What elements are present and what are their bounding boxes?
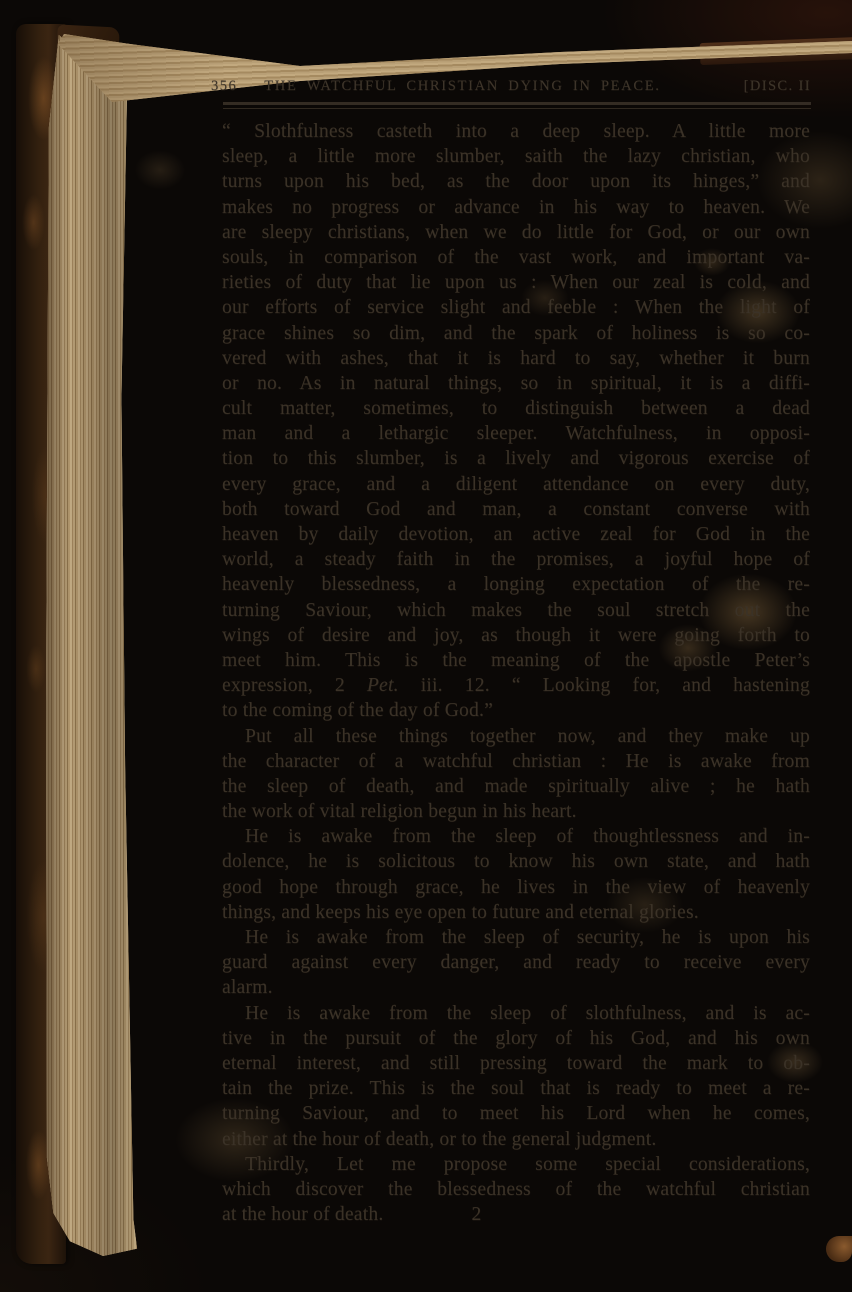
text-line: at the hour of death.2	[222, 1202, 810, 1227]
text-line: to the coming of the day of God.”	[222, 698, 810, 723]
text-segment: iii. 12. “ Looking for, and hastening	[399, 675, 810, 696]
text-line: man and a lethargic sleeper. Watchfulnes…	[222, 421, 810, 446]
body-text: “ Slothfulness casteth into a deep sleep…	[222, 119, 810, 1227]
text-line: guard against every danger, and ready to…	[222, 950, 810, 975]
photo-background: 356 THE WATCHFUL CHRISTIAN DYING IN PEAC…	[0, 0, 852, 1292]
text-line: Put all these things together now, and t…	[222, 724, 810, 749]
text-line: our efforts of service slight and feeble…	[222, 295, 810, 320]
text-line: either at the hour of death, or to the g…	[222, 1127, 810, 1152]
text-line: He is awake from the sleep of security, …	[222, 925, 810, 950]
text-line: are sleepy christians, when we do little…	[222, 220, 810, 245]
text-line: He is awake from the sleep of slothfulne…	[222, 1001, 810, 1026]
text-line: tion to this slumber, is a lively and vi…	[222, 446, 810, 471]
section-label: [DISC. II	[744, 76, 811, 96]
signature-mark: 2	[471, 1204, 481, 1225]
text-line: world, a steady faith in the promises, a…	[222, 547, 810, 572]
text-line: eternal interest, and still pressing tow…	[222, 1051, 810, 1076]
text-line: things, and keeps his eye open to future…	[222, 900, 810, 925]
text-line: every grace, and a diligent attendance o…	[222, 472, 810, 497]
text-line: Thirdly, Let me propose some special con…	[222, 1152, 810, 1177]
text-line: turns upon his bed, as the door upon its…	[222, 169, 810, 194]
text-line: turning Saviour, which makes the soul st…	[222, 598, 810, 623]
text-segment: expression, 2	[222, 675, 367, 696]
text-line: both toward God and man, a constant conv…	[222, 497, 810, 522]
text-line: the sleep of death, and made spiritually…	[222, 774, 810, 799]
text-line: tive in the pursuit of the glory of his …	[222, 1026, 810, 1051]
scripture-reference: Pet.	[367, 675, 399, 696]
text-line: souls, in comparison of the vast work, a…	[222, 245, 810, 270]
text-line: good hope through grace, he lives in the…	[222, 875, 810, 900]
text-line: vered with ashes, that it is hard to say…	[222, 346, 810, 371]
page-number: 356	[211, 76, 237, 96]
text-line: sleep, a little more slumber, saith the …	[222, 144, 810, 169]
text-line: He is awake from the sleep of thoughtles…	[222, 824, 810, 849]
text-line: makes no progress or advance in his way …	[222, 195, 810, 220]
text-line: turning Saviour, and to meеt his Lord wh…	[222, 1101, 810, 1126]
running-header: 356 THE WATCHFUL CHRISTIAN DYING IN PEAC…	[211, 76, 811, 96]
text-line: alarm.	[222, 975, 810, 1000]
text-line: cult matter, sometimes, to distinguish b…	[222, 396, 810, 421]
text-line: “ Slothfulness casteth into a deep sleep…	[222, 119, 810, 144]
text-line: wings of desire and joy, as though it we…	[222, 623, 810, 648]
text-line: the work of vital religion begun in his …	[222, 799, 810, 824]
text-line: tain the prize. This is the soul that is…	[222, 1076, 810, 1101]
header-rule	[223, 102, 811, 109]
text-line: grace shines so dim, and the spark of ho…	[222, 321, 810, 346]
text-line: rieties of duty that lie upon us : When …	[222, 270, 810, 295]
text-line: heavenly blessedness, a longing expectat…	[222, 572, 810, 597]
text-line: which discover the blessedness of the wa…	[222, 1177, 810, 1202]
text-line: expression, 2 Pet. iii. 12. “ Looking fo…	[222, 673, 810, 698]
text-line: the character of a watchful christian : …	[222, 749, 810, 774]
running-title: THE WATCHFUL CHRISTIAN DYING IN PEACE.	[264, 76, 660, 96]
printed-content: 356 THE WATCHFUL CHRISTIAN DYING IN PEAC…	[0, 0, 852, 1292]
text-line: heaven by daily devotion, an active zeal…	[222, 522, 810, 547]
text-line: dolence, he is solicitous to know his ow…	[222, 849, 810, 874]
text-line: meet him. This is the meaning of the apo…	[222, 648, 810, 673]
text-line: or no. As in natural things, so in spiri…	[222, 371, 810, 396]
